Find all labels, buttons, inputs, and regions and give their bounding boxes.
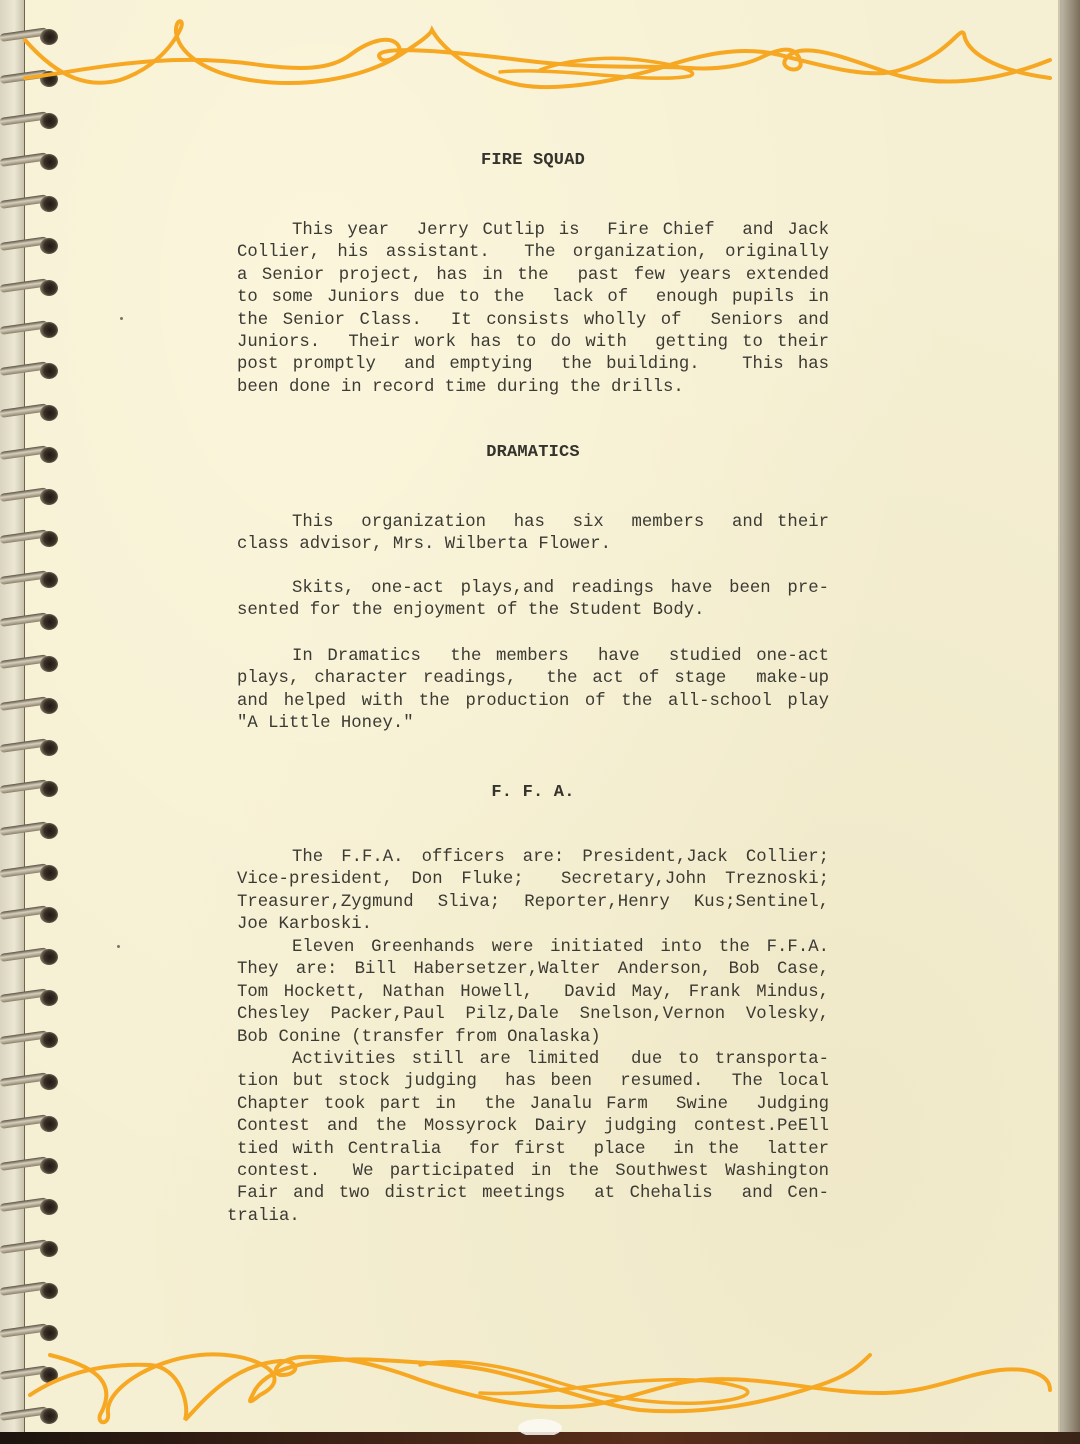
punch-hole xyxy=(40,1158,58,1174)
text-line: Treasurer,Zygmund Sliva; Reporter,Henry … xyxy=(237,892,829,914)
text-line: Juniors. Their work has to do with getti… xyxy=(237,332,829,354)
text-line: to some Juniors due to the lack of enoug… xyxy=(237,287,829,309)
punch-hole xyxy=(40,280,58,296)
punch-hole xyxy=(40,489,58,505)
punch-hole xyxy=(40,740,58,756)
spiral-ring xyxy=(0,1073,60,1093)
spiral-ring xyxy=(0,613,60,633)
notebook-page: FIRE SQUADThis year Jerry Cutlip is Fire… xyxy=(0,0,1060,1432)
text-line: been done in record time during the dril… xyxy=(237,377,829,399)
punch-hole xyxy=(40,1074,58,1090)
spiral-ring xyxy=(0,1115,60,1135)
spiral-ring xyxy=(0,112,60,132)
text-line: Skits, one-act plays,and readings have b… xyxy=(237,578,829,600)
spiral-ring xyxy=(0,697,60,717)
spiral-ring xyxy=(0,989,60,1009)
text-line: Collier, his assistant. The organization… xyxy=(237,242,829,264)
spiral-ring xyxy=(0,362,60,382)
spiral-ring xyxy=(0,404,60,424)
spiral-ring xyxy=(0,864,60,884)
punch-hole xyxy=(40,405,58,421)
text-line: tied with Centralia for first place in t… xyxy=(237,1139,829,1161)
spiral-ring xyxy=(0,739,60,759)
punch-hole xyxy=(40,154,58,170)
text-line: post promptly and emptying the building.… xyxy=(237,354,829,376)
text-line: They are: Bill Habersetzer,Walter Anders… xyxy=(237,959,829,981)
spiral-ring xyxy=(0,571,60,591)
punch-hole xyxy=(40,781,58,797)
punch-hole xyxy=(40,1241,58,1257)
text-line: the Senior Class. It consists wholly of … xyxy=(237,310,829,332)
spiral-ring xyxy=(0,906,60,926)
spiral-ring xyxy=(0,655,60,675)
section-paragraph: This organization has six members and th… xyxy=(237,512,829,557)
text-line: The F.F.A. officers are: President,Jack … xyxy=(237,847,829,869)
punch-hole xyxy=(40,865,58,881)
text-line: a Senior project, has in the past few ye… xyxy=(237,265,829,287)
section-paragraph: Activities still are limited due to tran… xyxy=(237,1049,829,1228)
text-line: and helped with the production of the al… xyxy=(237,691,829,713)
spiral-ring xyxy=(0,1282,60,1302)
bottom-flourish-border xyxy=(0,1335,1058,1435)
text-line: class advisor, Mrs. Wilberta Flower. xyxy=(237,534,829,556)
spiral-ring xyxy=(0,446,60,466)
text-line: Chapter took part in the Janalu Farm Swi… xyxy=(237,1094,829,1116)
text-line: Vice-president, Don Fluke; Secretary,Joh… xyxy=(237,869,829,891)
punch-hole xyxy=(40,196,58,212)
spiral-ring xyxy=(0,279,60,299)
text-line: Fair and two district meetings at Chehal… xyxy=(237,1183,829,1205)
punch-hole xyxy=(40,238,58,254)
punch-hole xyxy=(40,322,58,338)
text-line: tralia. xyxy=(227,1206,829,1228)
text-line: This organization has six members and th… xyxy=(237,512,829,534)
punch-hole xyxy=(40,113,58,129)
punch-hole xyxy=(40,823,58,839)
spiral-ring xyxy=(0,530,60,550)
punch-hole xyxy=(40,1199,58,1215)
punch-hole xyxy=(40,656,58,672)
punch-hole xyxy=(40,1032,58,1048)
spiral-ring xyxy=(0,195,60,215)
punch-hole xyxy=(40,363,58,379)
spiral-ring xyxy=(0,1157,60,1177)
spiral-ring xyxy=(0,780,60,800)
section-paragraph: In Dramatics the members have studied on… xyxy=(237,646,829,736)
spiral-ring xyxy=(0,822,60,842)
spiral-ring xyxy=(0,321,60,341)
punch-hole xyxy=(40,1116,58,1132)
punch-hole xyxy=(40,614,58,630)
paper-speck xyxy=(120,317,123,320)
spiral-ring xyxy=(0,948,60,968)
top-flourish-border xyxy=(0,10,1058,110)
paper-speck xyxy=(117,945,120,948)
text-line: plays, character readings, the act of st… xyxy=(237,668,829,690)
section-paragraph: Eleven Greenhands were initiated into th… xyxy=(237,937,829,1049)
text-line: Tom Hockett, Nathan Howell, David May, F… xyxy=(237,982,829,1004)
section-paragraph: Skits, one-act plays,and readings have b… xyxy=(237,578,829,623)
spiral-ring xyxy=(0,153,60,173)
section-heading: DRAMATICS xyxy=(237,442,829,464)
text-line: Joe Karboski. xyxy=(237,914,829,936)
text-line: sented for the enjoyment of the Student … xyxy=(237,600,829,622)
punch-hole xyxy=(40,531,58,547)
punch-hole xyxy=(40,447,58,463)
text-line: Contest and the Mossyrock Dairy judging … xyxy=(237,1116,829,1138)
text-line: Eleven Greenhands were initiated into th… xyxy=(237,937,829,959)
text-line: This year Jerry Cutlip is Fire Chief and… xyxy=(237,220,829,242)
text-line: tion but stock judging has been resumed.… xyxy=(237,1071,829,1093)
punch-hole xyxy=(40,698,58,714)
section-heading: FIRE SQUAD xyxy=(237,150,829,172)
text-line: In Dramatics the members have studied on… xyxy=(237,646,829,668)
punch-hole xyxy=(40,990,58,1006)
section-heading: F. F. A. xyxy=(237,782,829,804)
text-line: contest. We participated in the Southwes… xyxy=(237,1161,829,1183)
text-line: Activities still are limited due to tran… xyxy=(237,1049,829,1071)
punch-hole xyxy=(40,572,58,588)
punch-hole xyxy=(40,907,58,923)
text-line: Bob Conine (transfer from Onalaska) xyxy=(237,1027,829,1049)
spiral-ring xyxy=(0,237,60,257)
spiral-ring xyxy=(0,1240,60,1260)
text-line: "A Little Honey." xyxy=(237,713,829,735)
punch-hole xyxy=(40,1283,58,1299)
spiral-ring xyxy=(0,488,60,508)
spiral-ring xyxy=(0,1198,60,1218)
section-paragraph: The F.F.A. officers are: President,Jack … xyxy=(237,847,829,937)
punch-hole xyxy=(40,949,58,965)
spiral-ring xyxy=(0,1031,60,1051)
text-line: Chesley Packer,Paul Pilz,Dale Snelson,Ve… xyxy=(237,1004,829,1026)
section-paragraph: This year Jerry Cutlip is Fire Chief and… xyxy=(237,220,829,399)
